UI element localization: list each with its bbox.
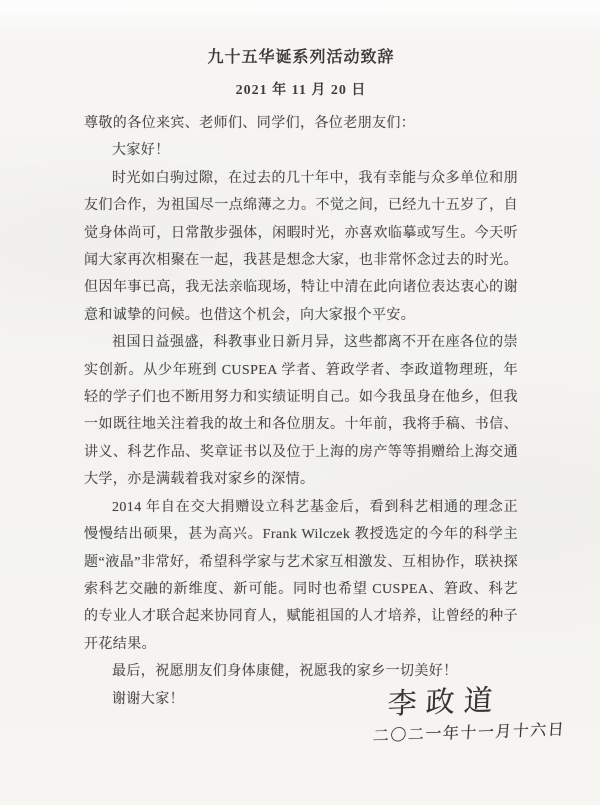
letter-body: 尊敬的各位来宾、老师们、同学们，各位老朋友们： 大家好！ 时光如白驹过隙，在过去…	[84, 110, 518, 713]
salutation: 尊敬的各位来宾、老师们、同学们，各位老朋友们：	[84, 110, 518, 137]
paragraph-2: 祖国日益强盛，科教事业日新月异，这些都离不开在座各位的崇实创新。从少年班到 CU…	[84, 329, 518, 493]
letter-page: 九十五华诞系列活动致辞 2021 年 11 月 20 日 尊敬的各位来宾、老师们…	[0, 0, 600, 805]
greeting: 大家好！	[84, 137, 518, 164]
paragraph-3: 2014 年自在交大捐赠设立科艺基金后，看到科艺相通的理念正慢慢结出硕果，甚为高…	[84, 494, 518, 658]
thanks-line: 谢谢大家！	[84, 686, 518, 713]
signature-date: 二〇二一年十一月十六日	[372, 720, 581, 747]
document-title: 九十五华诞系列活动致辞	[84, 46, 518, 70]
document-date: 2021 年 11 月 20 日	[84, 78, 518, 104]
closing-wish: 最后，祝愿朋友们身体康健，祝愿我的家乡一切美好！	[84, 658, 518, 685]
paragraph-1: 时光如白驹过隙，在过去的几十年中，我有幸能与众多单位和朋友们合作，为祖国尽一点绵…	[84, 165, 518, 329]
